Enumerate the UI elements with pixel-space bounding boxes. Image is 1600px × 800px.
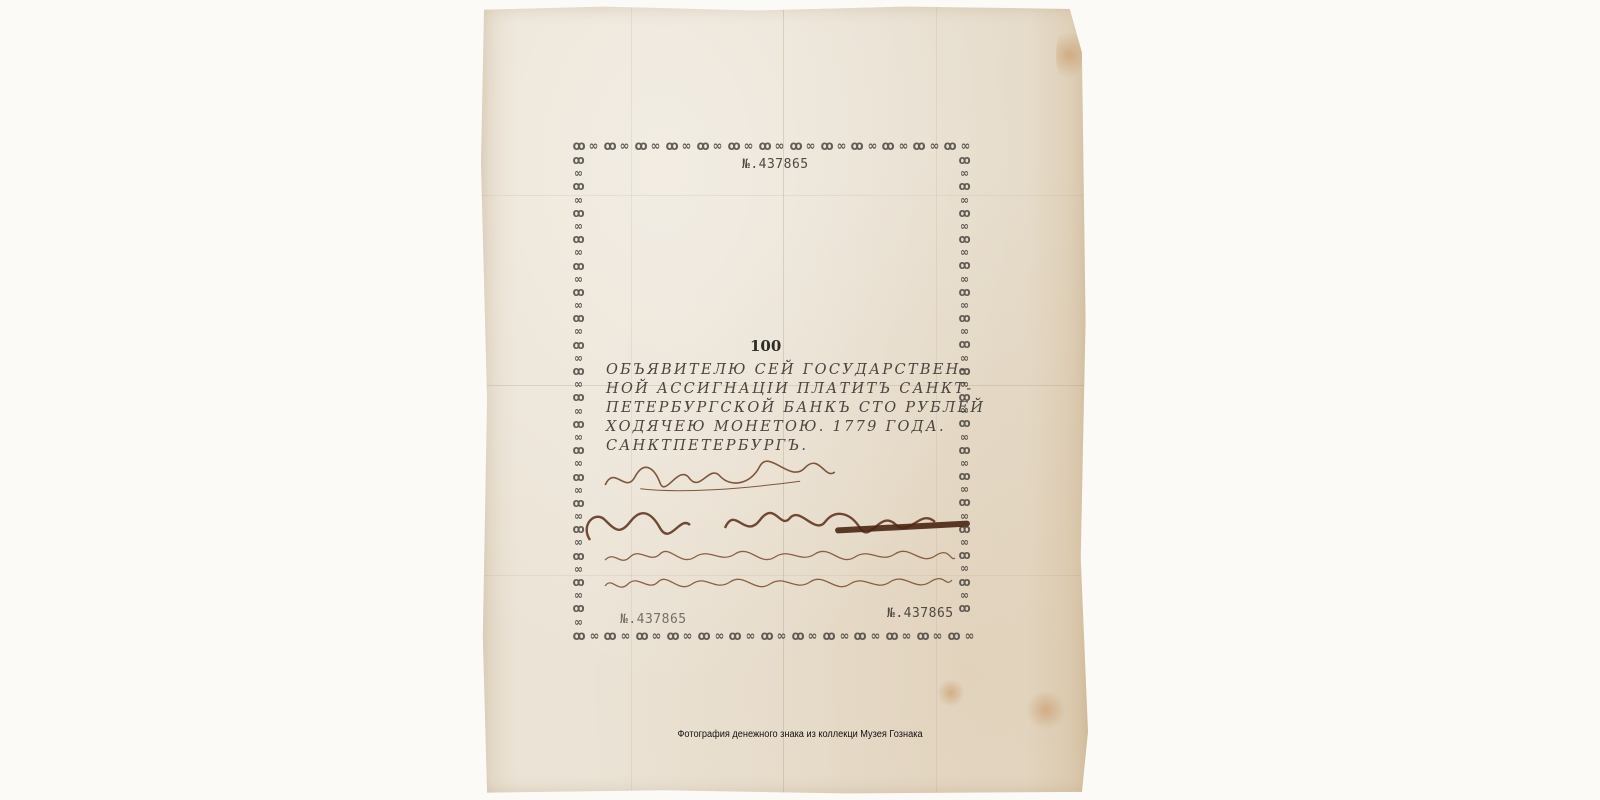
- ornament-glyph: ∞: [573, 457, 585, 469]
- stain: [1026, 690, 1066, 730]
- signature-scribble: [600, 570, 960, 600]
- ornament-glyph: ∞: [959, 589, 971, 601]
- ornament-glyph: ꝏ: [604, 630, 616, 643]
- banknote-text: Объявителю сей государствен- ной ассигна…: [606, 361, 956, 456]
- ornament-glyph: ∞: [573, 563, 585, 575]
- ornament-glyph: ꝏ: [665, 140, 677, 153]
- ornament-glyph: ∞: [959, 246, 971, 258]
- signature-4: [600, 570, 960, 604]
- ornament-glyph: ꝏ: [573, 444, 585, 456]
- ornament-glyph: ꝏ: [882, 140, 894, 153]
- ornament-glyph: ꝏ: [885, 630, 897, 643]
- ornament-glyph: ꝏ: [573, 180, 585, 192]
- ornament-glyph: ∞: [713, 630, 725, 643]
- ornament-glyph: ∞: [959, 457, 971, 469]
- ornament-glyph: ∞: [867, 140, 879, 153]
- ornament-glyph: ꝏ: [573, 207, 585, 219]
- signature-scribble: [599, 452, 840, 500]
- ornament-glyph: ꝏ: [573, 140, 585, 153]
- ornament-glyph: ꝏ: [959, 602, 971, 614]
- ornament-glyph: ∞: [897, 140, 909, 153]
- ornament-glyph: ∞: [959, 140, 971, 153]
- ornament-glyph: ꝏ: [916, 630, 928, 643]
- ornament-glyph: ∞: [619, 140, 631, 153]
- ornament-glyph: ∞: [573, 246, 585, 258]
- ornament-glyph: ∞: [573, 273, 585, 285]
- ornament-glyph: ꝏ: [758, 140, 770, 153]
- ornament-glyph: ꝏ: [729, 630, 741, 643]
- ornament-glyph: ꝏ: [959, 470, 971, 482]
- ornament-glyph: ∞: [573, 484, 585, 496]
- ornament-glyph: ∞: [928, 140, 940, 153]
- ornament-glyph: ꝏ: [573, 391, 585, 403]
- denomination: 100: [750, 337, 781, 355]
- ornament-glyph: ꝏ: [959, 286, 971, 298]
- ornament-glyph: ꝏ: [760, 630, 772, 643]
- ornament-glyph: ∞: [838, 630, 850, 643]
- ornament-glyph: ꝏ: [635, 630, 647, 643]
- ornament-glyph: ꝏ: [727, 140, 739, 153]
- serial-number-top: №.437865: [742, 157, 809, 172]
- ornament-glyph: ∞: [573, 431, 585, 443]
- ornament-glyph: ∞: [588, 630, 600, 643]
- ornament-glyph: ꝏ: [913, 140, 925, 153]
- ornament-border-top: ꝏ∞ꝏ∞ꝏ∞ꝏ∞ꝏ∞ꝏ∞ꝏ∞ꝏ∞ꝏ∞ꝏ∞ꝏ∞ꝏ∞ꝏ∞: [572, 140, 972, 153]
- ornament-glyph: ꝏ: [573, 365, 585, 377]
- ornament-glyph: ∞: [588, 140, 600, 153]
- ornament-border-bottom: ꝏ∞ꝏ∞ꝏ∞ꝏ∞ꝏ∞ꝏ∞ꝏ∞ꝏ∞ꝏ∞ꝏ∞ꝏ∞ꝏ∞ꝏ∞: [572, 630, 976, 643]
- ornament-glyph: ꝏ: [851, 140, 863, 153]
- ornament-glyph: ∞: [650, 140, 662, 153]
- ornament-glyph: ꝏ: [573, 286, 585, 298]
- ornament-glyph: ∞: [774, 140, 786, 153]
- ornament-glyph: ∞: [805, 140, 817, 153]
- text-line: Объявителю сей государствен-: [606, 361, 956, 380]
- ornament-glyph: ∞: [573, 405, 585, 417]
- ornament-glyph: ∞: [959, 431, 971, 443]
- ornament-glyph: ∞: [573, 378, 585, 390]
- ornament-glyph: ꝏ: [959, 576, 971, 588]
- ornament-glyph: ∞: [932, 630, 944, 643]
- ornament-glyph: ꝏ: [791, 630, 803, 643]
- ornament-glyph: ∞: [573, 589, 585, 601]
- ornament-glyph: ꝏ: [573, 576, 585, 588]
- ornament-glyph: ∞: [573, 167, 585, 179]
- signature-scribble: [600, 542, 960, 572]
- serial-number-bottom-left: №.437865: [620, 612, 687, 627]
- ornament-glyph: ꝏ: [959, 417, 971, 429]
- ornament-glyph: ꝏ: [959, 312, 971, 324]
- ornament-glyph: ∞: [959, 194, 971, 206]
- ornament-glyph: ꝏ: [573, 418, 585, 430]
- ornament-glyph: ∞: [901, 630, 913, 643]
- ornament-glyph: ꝏ: [696, 140, 708, 153]
- photo-caption: Фотография денежного знака из коллекци М…: [64, 729, 1536, 740]
- ornament-glyph: ꝏ: [820, 140, 832, 153]
- ornament-glyph: ∞: [743, 140, 755, 153]
- ornament-glyph: ∞: [573, 352, 585, 364]
- ornament-glyph: ꝏ: [573, 339, 585, 351]
- ornament-glyph: ∞: [573, 299, 585, 311]
- ornament-glyph: ꝏ: [959, 180, 971, 192]
- text-line: петербургской банкъ сто рублей: [606, 399, 956, 418]
- ornament-glyph: ∞: [681, 140, 693, 153]
- ornament-glyph: ꝏ: [604, 140, 616, 153]
- ornament-glyph: ∞: [959, 325, 971, 337]
- ornament-glyph: ꝏ: [959, 338, 971, 350]
- ornament-glyph: ꝏ: [573, 233, 585, 245]
- ornament-glyph: ∞: [682, 630, 694, 643]
- stain: [936, 680, 966, 706]
- ornament-glyph: ꝏ: [823, 630, 835, 643]
- ornament-glyph: ∞: [573, 325, 585, 337]
- ornament-glyph: ∞: [836, 140, 848, 153]
- ornament-glyph: ∞: [959, 562, 971, 574]
- ornament-glyph: ꝏ: [854, 630, 866, 643]
- ornament-glyph: ∞: [573, 220, 585, 232]
- ornament-glyph: ꝏ: [959, 259, 971, 271]
- ornament-glyph: ꝏ: [948, 630, 960, 643]
- ornament-glyph: ∞: [745, 630, 757, 643]
- ornament-glyph: ꝏ: [573, 602, 585, 614]
- ornament-glyph: ꝏ: [959, 154, 971, 166]
- ornament-glyph: ∞: [712, 140, 724, 153]
- ornament-glyph: ∞: [651, 630, 663, 643]
- ornament-glyph: ꝏ: [944, 140, 956, 153]
- ornament-glyph: ꝏ: [666, 630, 678, 643]
- ornament-glyph: ꝏ: [573, 154, 585, 166]
- ornament-glyph: ∞: [620, 630, 632, 643]
- ornament-glyph: ∞: [959, 220, 971, 232]
- ornament-glyph: ꝏ: [573, 471, 585, 483]
- ornament-glyph: ∞: [870, 630, 882, 643]
- ornament-glyph: ꝏ: [635, 140, 647, 153]
- ornament-glyph: ∞: [573, 616, 585, 628]
- ornament-glyph: ∞: [807, 630, 819, 643]
- ornament-glyph: ∞: [959, 299, 971, 311]
- stain: [1056, 25, 1082, 85]
- ornament-glyph: ∞: [959, 167, 971, 179]
- ornament-glyph: ∞: [959, 273, 971, 285]
- ornament-glyph: ꝏ: [698, 630, 710, 643]
- ornament-border-left: ꝏ∞ꝏ∞ꝏ∞ꝏ∞ꝏ∞ꝏ∞ꝏ∞ꝏ∞ꝏ∞ꝏ∞ꝏ∞ꝏ∞ꝏ∞ꝏ∞ꝏ∞ꝏ∞ꝏ∞ꝏ∞: [572, 154, 585, 628]
- ornament-glyph: ꝏ: [789, 140, 801, 153]
- text-line: ной ассигнаціи платитъ Санкт-: [606, 380, 956, 399]
- signature-1: [599, 452, 840, 505]
- ornament-glyph: ꝏ: [959, 207, 971, 219]
- ornament-glyph: ∞: [573, 194, 585, 206]
- ornament-glyph: ∞: [959, 483, 971, 495]
- text-line: ходячею монетою. 1779 года.: [606, 418, 956, 437]
- ornament-glyph: ꝏ: [959, 444, 971, 456]
- ornament-glyph: ꝏ: [573, 312, 585, 324]
- serial-number-bottom-right: №.437865: [887, 606, 954, 621]
- ornament-glyph: ꝏ: [573, 260, 585, 272]
- ornament-glyph: ꝏ: [959, 233, 971, 245]
- ornament-glyph: ∞: [776, 630, 788, 643]
- ornament-glyph: ∞: [963, 630, 975, 643]
- ornament-glyph: ꝏ: [573, 630, 585, 643]
